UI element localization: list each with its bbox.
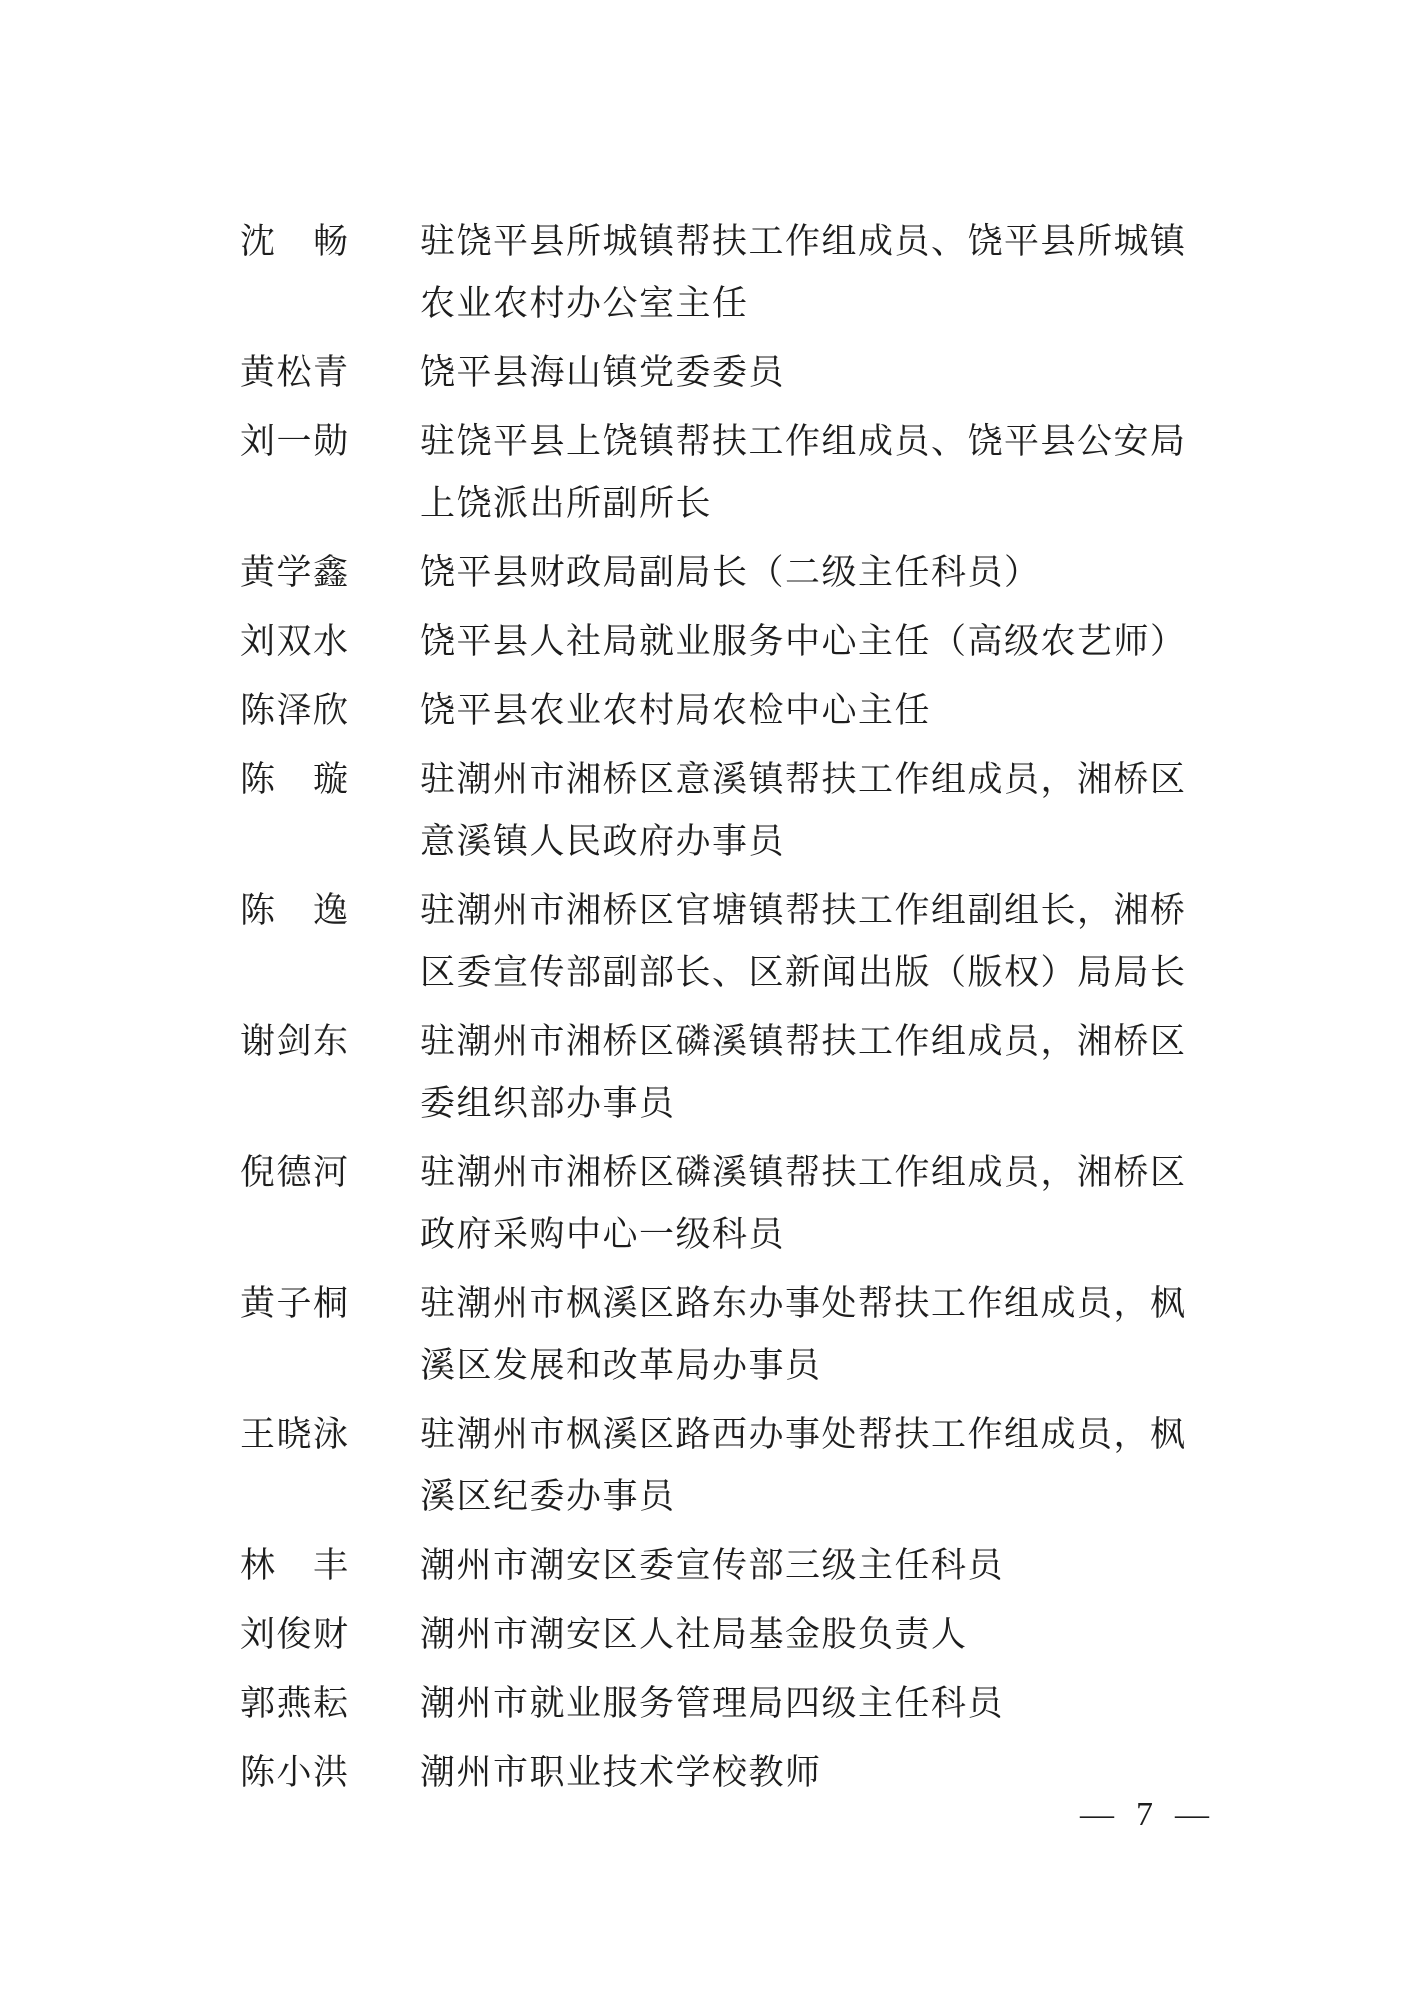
person-title-line: 驻潮州市湘桥区官塘镇帮扶工作组副组长，湘桥: [420, 880, 1230, 942]
person-name: 陈泽欣: [240, 680, 420, 742]
person-title: 驻潮州市湘桥区磷溪镇帮扶工作组成员，湘桥区政府采购中心一级科员: [420, 1142, 1230, 1266]
person-title-line: 驻饶平县所城镇帮扶工作组成员、饶平县所城镇: [420, 211, 1230, 273]
list-item: 陈泽欣 饶平县农业农村局农检中心主任: [240, 680, 1240, 742]
person-title-line: 上饶派出所副所长: [420, 473, 1230, 535]
list-item: 郭燕耘 潮州市就业服务管理局四级主任科员: [240, 1673, 1240, 1735]
document-page: 沈 畅 驻饶平县所城镇帮扶工作组成员、饶平县所城镇农业农村办公室主任 黄松青 饶…: [0, 0, 1410, 1995]
person-title-line: 驻潮州市湘桥区磷溪镇帮扶工作组成员，湘桥区: [420, 1142, 1230, 1204]
person-title-line: 溪区发展和改革局办事员: [420, 1335, 1230, 1397]
list-item: 黄松青 饶平县海山镇党委委员: [240, 342, 1240, 404]
list-item: 刘一勋 驻饶平县上饶镇帮扶工作组成员、饶平县公安局上饶派出所副所长: [240, 411, 1240, 535]
person-title-line: 饶平县人社局就业服务中心主任（高级农艺师）: [420, 611, 1230, 673]
person-name: 倪德河: [240, 1142, 420, 1204]
person-title-line: 潮州市潮安区人社局基金股负责人: [420, 1604, 1230, 1666]
person-name: 刘一勋: [240, 411, 420, 473]
person-title: 潮州市就业服务管理局四级主任科员: [420, 1673, 1230, 1735]
person-name: 林 丰: [240, 1535, 420, 1597]
person-title: 驻潮州市湘桥区意溪镇帮扶工作组成员，湘桥区意溪镇人民政府办事员: [420, 749, 1230, 873]
list-item: 谢剑东 驻潮州市湘桥区磷溪镇帮扶工作组成员，湘桥区委组织部办事员: [240, 1011, 1240, 1135]
person-name: 陈小洪: [240, 1742, 420, 1804]
person-name: 谢剑东: [240, 1011, 420, 1073]
person-title-line: 区委宣传部副部长、区新闻出版（版权）局局长: [420, 942, 1230, 1004]
person-title: 潮州市潮安区人社局基金股负责人: [420, 1604, 1230, 1666]
recognition-name-list: 沈 畅 驻饶平县所城镇帮扶工作组成员、饶平县所城镇农业农村办公室主任 黄松青 饶…: [240, 211, 1240, 1811]
person-title-line: 溪区纪委办事员: [420, 1466, 1230, 1528]
list-item: 倪德河 驻潮州市湘桥区磷溪镇帮扶工作组成员，湘桥区政府采购中心一级科员: [240, 1142, 1240, 1266]
person-title-line: 潮州市潮安区委宣传部三级主任科员: [420, 1535, 1230, 1597]
person-title: 潮州市潮安区委宣传部三级主任科员: [420, 1535, 1230, 1597]
person-title-line: 驻潮州市湘桥区磷溪镇帮扶工作组成员，湘桥区: [420, 1011, 1230, 1073]
person-name: 黄松青: [240, 342, 420, 404]
person-name: 郭燕耘: [240, 1673, 420, 1735]
person-title-line: 委组织部办事员: [420, 1073, 1230, 1135]
person-title-line: 意溪镇人民政府办事员: [420, 811, 1230, 873]
person-name: 王晓泳: [240, 1404, 420, 1466]
list-item: 王晓泳 驻潮州市枫溪区路西办事处帮扶工作组成员，枫溪区纪委办事员: [240, 1404, 1240, 1528]
list-item: 陈 璇 驻潮州市湘桥区意溪镇帮扶工作组成员，湘桥区意溪镇人民政府办事员: [240, 749, 1240, 873]
person-title-line: 饶平县财政局副局长（二级主任科员）: [420, 542, 1230, 604]
person-title: 饶平县人社局就业服务中心主任（高级农艺师）: [420, 611, 1230, 673]
person-title: 饶平县海山镇党委委员: [420, 342, 1230, 404]
page-number: — 7 —: [1080, 1792, 1209, 1838]
person-title: 驻潮州市湘桥区磷溪镇帮扶工作组成员，湘桥区委组织部办事员: [420, 1011, 1230, 1135]
person-title: 饶平县农业农村局农检中心主任: [420, 680, 1230, 742]
person-title-line: 农业农村办公室主任: [420, 273, 1230, 335]
person-name: 沈 畅: [240, 211, 420, 273]
list-item: 林 丰 潮州市潮安区委宣传部三级主任科员: [240, 1535, 1240, 1597]
list-item: 黄学鑫 饶平县财政局副局长（二级主任科员）: [240, 542, 1240, 604]
person-title-line: 驻潮州市湘桥区意溪镇帮扶工作组成员，湘桥区: [420, 749, 1230, 811]
list-item: 黄子桐 驻潮州市枫溪区路东办事处帮扶工作组成员，枫溪区发展和改革局办事员: [240, 1273, 1240, 1397]
list-item: 沈 畅 驻饶平县所城镇帮扶工作组成员、饶平县所城镇农业农村办公室主任: [240, 211, 1240, 335]
person-title-line: 驻潮州市枫溪区路西办事处帮扶工作组成员，枫: [420, 1404, 1230, 1466]
person-name: 陈 璇: [240, 749, 420, 811]
person-title-line: 潮州市就业服务管理局四级主任科员: [420, 1673, 1230, 1735]
person-title-line: 饶平县海山镇党委委员: [420, 342, 1230, 404]
person-title-line: 饶平县农业农村局农检中心主任: [420, 680, 1230, 742]
person-name: 刘双水: [240, 611, 420, 673]
list-item: 刘双水 饶平县人社局就业服务中心主任（高级农艺师）: [240, 611, 1240, 673]
person-name: 黄学鑫: [240, 542, 420, 604]
person-title: 驻潮州市枫溪区路东办事处帮扶工作组成员，枫溪区发展和改革局办事员: [420, 1273, 1230, 1397]
page-number-right-dash: —: [1175, 1792, 1209, 1838]
person-title: 饶平县财政局副局长（二级主任科员）: [420, 542, 1230, 604]
person-name: 陈 逸: [240, 880, 420, 942]
person-title-line: 驻饶平县上饶镇帮扶工作组成员、饶平县公安局: [420, 411, 1230, 473]
list-item: 刘俊财 潮州市潮安区人社局基金股负责人: [240, 1604, 1240, 1666]
person-title: 驻潮州市枫溪区路西办事处帮扶工作组成员，枫溪区纪委办事员: [420, 1404, 1230, 1528]
person-title: 驻潮州市湘桥区官塘镇帮扶工作组副组长，湘桥区委宣传部副部长、区新闻出版（版权）局…: [420, 880, 1230, 1004]
person-title: 驻饶平县上饶镇帮扶工作组成员、饶平县公安局上饶派出所副所长: [420, 411, 1230, 535]
list-item: 陈 逸 驻潮州市湘桥区官塘镇帮扶工作组副组长，湘桥区委宣传部副部长、区新闻出版（…: [240, 880, 1240, 1004]
person-title: 驻饶平县所城镇帮扶工作组成员、饶平县所城镇农业农村办公室主任: [420, 211, 1230, 335]
person-title-line: 驻潮州市枫溪区路东办事处帮扶工作组成员，枫: [420, 1273, 1230, 1335]
page-number-left-dash: —: [1080, 1792, 1114, 1838]
person-name: 黄子桐: [240, 1273, 420, 1335]
person-title-line: 政府采购中心一级科员: [420, 1204, 1230, 1266]
page-number-value: 7: [1136, 1792, 1153, 1838]
person-name: 刘俊财: [240, 1604, 420, 1666]
